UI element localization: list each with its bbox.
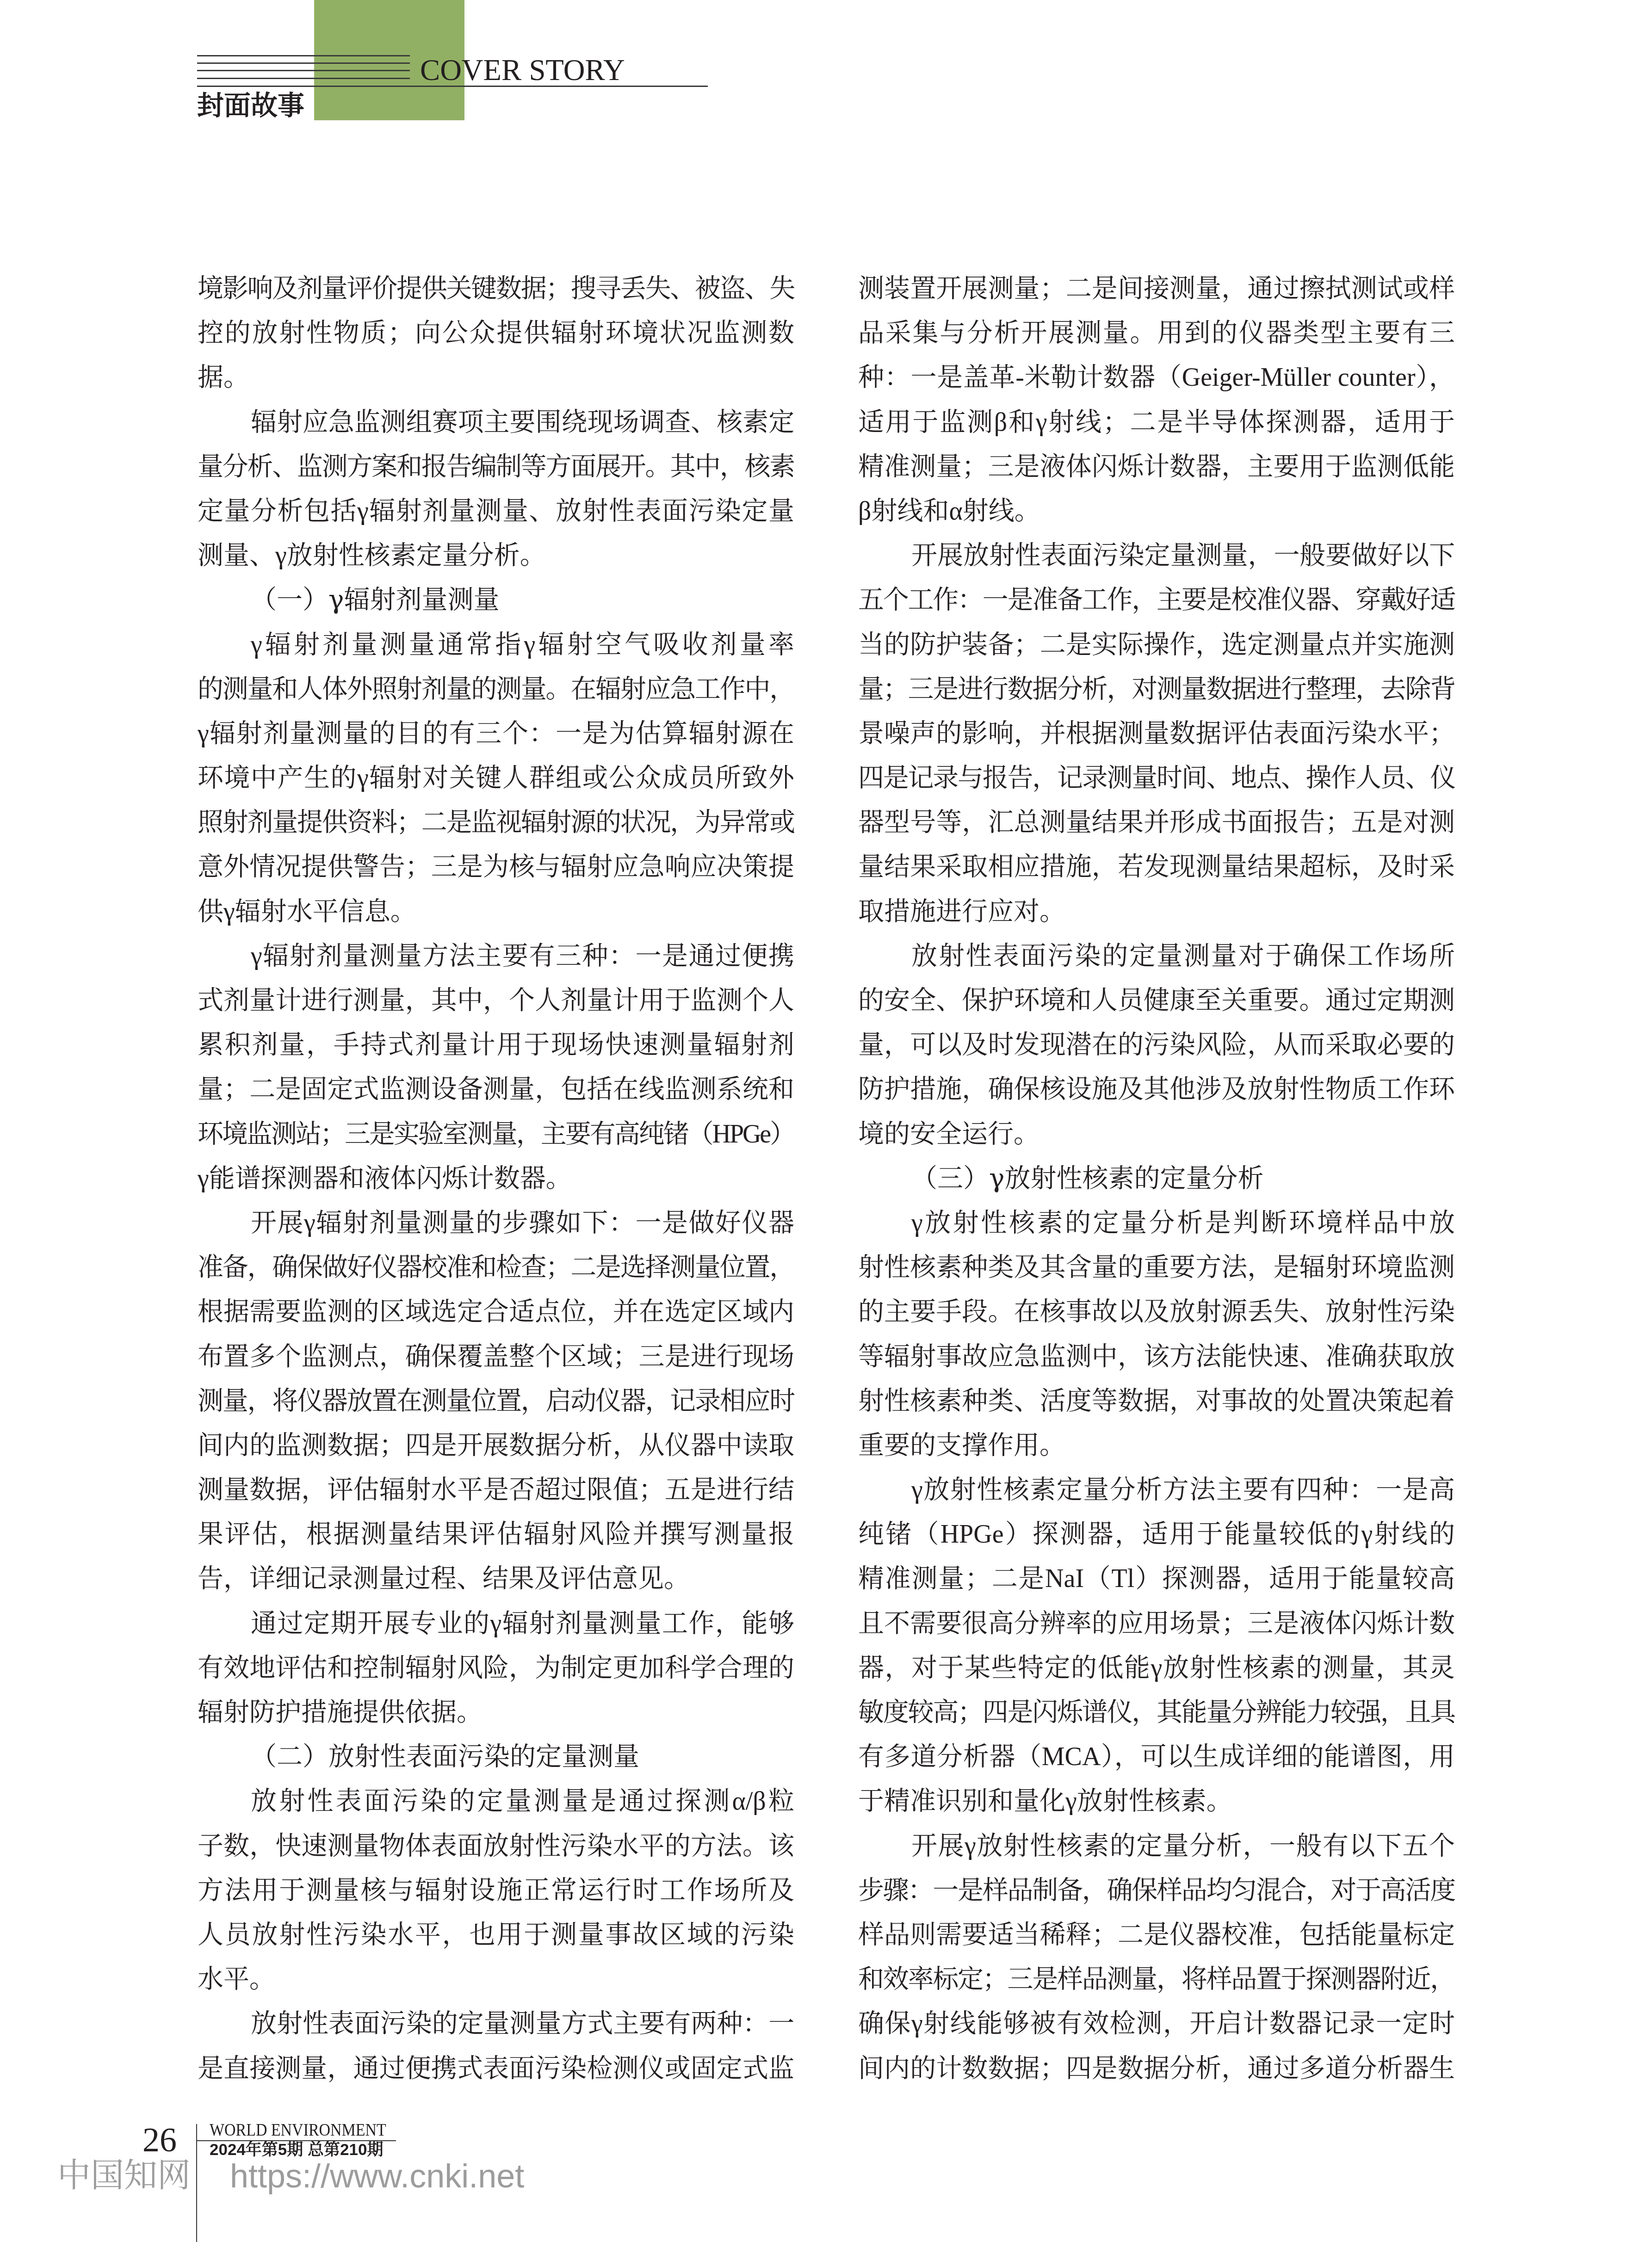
text-line: 量结果采取相应措施，若发现测量结果超标，及时采 [858,845,1455,889]
text-line: 放射性表面污染的定量测量对于确保工作场所 [858,934,1455,978]
section-label-zh: 封面故事 [197,93,304,119]
magazine-page: COVER STORY 封面故事 境影响及剂量评价提供关键数据；搜寻丢失、被盗、… [0,0,1652,2242]
text-line: 辐射应急监测组赛项主要围绕现场调查、核素定 [198,400,794,445]
paragraph: 放射性表面污染的定量测量方式主要有两种：一 是直接测量，通过便携式表面污染检测仪… [198,2001,794,2090]
text-line: γ辐射剂量测量的目的有三个：一是为估算辐射源在 [198,711,794,756]
text-line: 器，对于某些特定的低能γ放射性核素的测量，其灵 [858,1646,1455,1690]
text-line: 开展γ放射性核素的定量分析，一般有以下五个 [858,1824,1455,1868]
text-line: 水平。 [198,1957,794,2001]
text-line: 等辐射事故应急监测中，该方法能快速、准确获取放 [858,1334,1455,1379]
paragraph: γ放射性核素的定量分析是判断环境样品中放 射性核素种类及其含量的重要方法，是辐射… [858,1201,1455,1468]
text-line: γ辐射剂量测量方法主要有三种：一是通过便携 [198,934,794,978]
text-line: 重要的支撑作用。 [858,1423,1455,1468]
text-line: 测量，将仪器放置在测量位置，启动仪器，记录相应时 [198,1379,794,1423]
section-heading: （三）γ放射性核素的定量分析 [858,1156,1455,1201]
watermark-site-name: 中国知网 [57,2156,191,2193]
header-rule [197,78,410,79]
footer-divider-vertical [196,2124,197,2242]
paragraph: γ辐射剂量测量方法主要有三种：一是通过便携 式剂量计进行测量，其中，个人剂量计用… [198,934,794,1201]
text-line: 且不需要很高分辨率的应用场景；三是液体闪烁计数 [858,1601,1455,1646]
text-line: 的安全、保护环境和人员健康至关重要。通过定期测 [858,978,1455,1023]
issue-info: 2024年第5期 总第210期 [210,2142,383,2158]
text-line: 果评估，根据测量结果评估辐射风险并撰写测量报 [198,1512,794,1556]
text-line: 射性核素种类及其含量的重要方法，是辐射环境监测 [858,1245,1455,1290]
paragraph: 开展γ辐射剂量测量的步骤如下：一是做好仪器 准备，确保做好仪器校准和检查；二是选… [198,1201,794,1601]
text-line: 景噪声的影响，并根据测量数据评估表面污染水平； [858,711,1455,756]
text-line: 于精准识别和量化γ放射性核素。 [858,1779,1455,1823]
text-line: 量；三是进行数据分析，对测量数据进行整理，去除背 [858,667,1455,711]
watermark-url: https://www.cnki.net [230,2160,524,2193]
text-line: 样品则需要适当稀释；二是仪器校准，包括能量标定 [858,1913,1455,1957]
text-line: 品采集与分析开展测量。用到的仪器类型主要有三 [858,311,1455,355]
paragraph: 测装置开展测量；二是间接测量，通过擦拭测试或样 品采集与分析开展测量。用到的仪器… [858,266,1455,533]
paragraph: 辐射应急监测组赛项主要围绕现场调查、核素定 量分析、监测方案和报告编制等方面展开… [198,400,794,578]
paragraph: 通过定期开展专业的γ辐射剂量测量工作，能够 有效地评估和控制辐射风险，为制定更加… [198,1601,794,1735]
text-line: 的主要手段。在核事故以及放射源丢失、放射性污染 [858,1290,1455,1334]
text-line: γ辐射剂量测量通常指γ辐射空气吸收剂量率 [198,623,794,667]
text-line: 照射剂量提供资料；二是监视辐射源的状况，为异常或 [198,800,794,845]
text-line: 五个工作：一是准备工作，主要是校准仪器、穿戴好适 [858,578,1455,622]
text-line: 控的放射性物质；向公众提供辐射环境状况监测数 [198,311,794,355]
left-column: 境影响及剂量评价提供关键数据；搜寻丢失、被盗、失 控的放射性物质；向公众提供辐射… [198,266,794,2091]
text-line: 敏度较高；四是闪烁谱仪，其能量分辨能力较强，且具 [858,1690,1455,1735]
section-label-en: COVER STORY [420,55,625,86]
text-line: 供γ辐射水平信息。 [198,889,794,934]
text-line: 子数，快速测量物体表面放射性污染水平的方法。该 [198,1824,794,1868]
text-line: 辐射防护措施提供依据。 [198,1690,794,1735]
header-rule [197,70,410,71]
text-line: 器型号等，汇总测量结果并形成书面报告；五是对测 [858,800,1455,845]
text-line: 式剂量计进行测量，其中，个人剂量计用于监测个人 [198,978,794,1023]
text-line: 精准测量；二是NaI（Tl）探测器，适用于能量较高 [858,1556,1455,1601]
section-heading: （二）放射性表面污染的定量测量 [198,1735,794,1779]
text-line: 定量分析包括γ辐射剂量测量、放射性表面污染定量 [198,489,794,533]
paragraph: 境影响及剂量评价提供关键数据；搜寻丢失、被盗、失 控的放射性物质；向公众提供辐射… [198,266,794,400]
text-line: 测装置开展测量；二是间接测量，通过擦拭测试或样 [858,266,1455,311]
text-line: 的测量和人体外照射剂量的测量。在辐射应急工作中， [198,667,794,711]
text-line: 量分析、监测方案和报告编制等方面展开。其中，核素 [198,445,794,489]
text-line: 射性核素种类、活度等数据，对事故的处置决策起着 [858,1379,1455,1423]
text-line: β射线和α射线。 [858,489,1455,533]
text-line: 有多道分析器（MCA），可以生成详细的能谱图，用 [858,1735,1455,1779]
text-line: 取措施进行应对。 [858,889,1455,934]
text-line: 防护措施，确保核设施及其他涉及放射性物质工作环 [858,1067,1455,1112]
text-line: γ能谱探测器和液体闪烁计数器。 [198,1156,794,1201]
text-line: 有效地评估和控制辐射风险，为制定更加科学合理的 [198,1646,794,1690]
page-number: 26 [130,2123,177,2157]
text-line: 当的防护装备；二是实际操作，选定测量点并实施测 [858,623,1455,667]
text-line: 四是记录与报告，记录测量时间、地点、操作人员、仪 [858,756,1455,800]
text-line: 测量数据，评估辐射水平是否超过限值；五是进行结 [198,1468,794,1512]
text-line: 境的安全运行。 [858,1112,1455,1156]
header-rule [197,55,410,56]
text-line: 间内的计数数据；四是数据分析，通过多道分析器生 [858,2046,1455,2091]
text-line: 布置多个监测点，确保覆盖整个区域；三是进行现场 [198,1334,794,1379]
text-line: 环境中产生的γ辐射对关键人群组或公众成员所致外 [198,756,794,800]
header-rule [197,62,410,64]
text-line: 适用于监测β和γ射线；二是半导体探测器，适用于 [858,400,1455,445]
text-line: 环境监测站；三是实验室测量，主要有高纯锗（HPGe） [198,1112,794,1156]
text-line: 通过定期开展专业的γ辐射剂量测量工作，能够 [198,1601,794,1646]
right-column: 测装置开展测量；二是间接测量，通过擦拭测试或样 品采集与分析开展测量。用到的仪器… [858,266,1455,2091]
text-line: 是直接测量，通过便携式表面污染检测仪或固定式监 [198,2046,794,2091]
paragraph: 放射性表面污染的定量测量是通过探测α/β粒 子数，快速测量物体表面放射性污染水平… [198,1779,794,2001]
journal-name: WORLD ENVIRONMENT [210,2121,386,2139]
text-line: 确保γ射线能够被有效检测，开启计数器记录一定时 [858,2001,1455,2046]
text-line: 人员放射性污染水平，也用于测量事故区域的污染 [198,1913,794,1957]
text-line: 开展放射性表面污染定量测量，一般要做好以下 [858,533,1455,578]
text-line: 纯锗（HPGe）探测器，适用于能量较低的γ射线的 [858,1512,1455,1556]
paragraph: 放射性表面污染的定量测量对于确保工作场所 的安全、保护环境和人员健康至关重要。通… [858,934,1455,1156]
paragraph: γ放射性核素定量分析方法主要有四种：一是高 纯锗（HPGe）探测器，适用于能量较… [858,1468,1455,1824]
text-line: 开展γ辐射剂量测量的步骤如下：一是做好仪器 [198,1201,794,1245]
text-line: 量，可以及时发现潜在的污染风险，从而采取必要的 [858,1023,1455,1067]
text-line: 境影响及剂量评价提供关键数据；搜寻丢失、被盗、失 [198,266,794,311]
text-line: 间内的监测数据；四是开展数据分析，从仪器中读取 [198,1423,794,1468]
text-line: 精准测量；三是液体闪烁计数器，主要用于监测低能 [858,445,1455,489]
text-line: γ放射性核素定量分析方法主要有四种：一是高 [858,1468,1455,1512]
text-line: 告，详细记录测量过程、结果及评估意见。 [198,1556,794,1601]
text-line: 方法用于测量核与辐射设施正常运行时工作场所及 [198,1868,794,1913]
text-line: γ放射性核素的定量分析是判断环境样品中放 [858,1201,1455,1245]
text-line: 测量、γ放射性核素定量分析。 [198,533,794,578]
paragraph: γ辐射剂量测量通常指γ辐射空气吸收剂量率 的测量和人体外照射剂量的测量。在辐射应… [198,623,794,934]
text-line: 种：一是盖革-米勒计数器（Geiger-Müller counter）， [858,355,1455,400]
text-line: 量；二是固定式监测设备测量，包括在线监测系统和 [198,1067,794,1112]
paragraph: 开展放射性表面污染定量测量，一般要做好以下 五个工作：一是准备工作，主要是校准仪… [858,533,1455,934]
text-line: 放射性表面污染的定量测量方式主要有两种：一 [198,2001,794,2046]
text-line: 意外情况提供警告；三是为核与辐射应急响应决策提 [198,845,794,889]
text-line: 放射性表面污染的定量测量是通过探测α/β粒 [198,1779,794,1823]
text-line: 步骤：一是样品制备，确保样品均匀混合，对于高活度 [858,1868,1455,1913]
paragraph: 开展γ放射性核素的定量分析，一般有以下五个 步骤：一是样品制备，确保样品均匀混合… [858,1824,1455,2091]
text-line: 据。 [198,355,794,400]
text-line: 累积剂量，手持式剂量计用于现场快速测量辐射剂 [198,1023,794,1067]
text-line: 准备，确保做好仪器校准和检查；二是选择测量位置， [198,1245,794,1290]
section-heading: （一）γ辐射剂量测量 [198,578,794,622]
text-line: 和效率标定；三是样品测量，将样品置于探测器附近， [858,1957,1455,2001]
text-line: 根据需要监测的区域选定合适点位，并在选定区域内 [198,1290,794,1334]
